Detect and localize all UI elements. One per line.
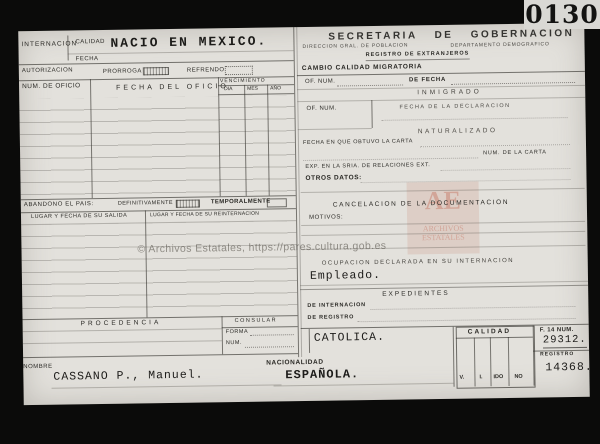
of-num-label: OF. NUM. bbox=[305, 79, 335, 85]
num-de-oficio-label: NUM. DE OFICIO bbox=[22, 83, 81, 90]
religion-value: CATOLICA. bbox=[314, 332, 385, 345]
divider bbox=[23, 340, 222, 344]
nombre-value: CASSANO P., Manuel. bbox=[53, 370, 203, 384]
of-num-blank-line bbox=[337, 84, 403, 87]
num-carta-blank-line bbox=[303, 156, 478, 161]
divider bbox=[68, 50, 294, 54]
num-label: NUM. bbox=[226, 341, 242, 347]
fecha-declaracion-label: FECHA DE LA DECLARACION bbox=[399, 104, 510, 111]
temporalmente-checkbox bbox=[267, 198, 287, 207]
divider bbox=[222, 316, 224, 354]
f14-num-label: F. 14 NUM. bbox=[540, 327, 574, 334]
f14-num-value: 29312. bbox=[543, 335, 587, 348]
of-num-2-label: OF. NUM. bbox=[306, 106, 336, 112]
divider bbox=[297, 97, 585, 102]
calidad-col-ido: IDO bbox=[493, 375, 503, 381]
divider bbox=[19, 60, 294, 65]
fecha-obtuvo-carta-label: FECHA EN QUE OBTUVO LA CARTA bbox=[303, 139, 413, 146]
divider bbox=[274, 383, 454, 387]
fecha-del-oficio-label: FECHA DEL OFICIO bbox=[116, 83, 229, 92]
temporalmente-label: TEMPORALMENTE bbox=[211, 198, 271, 205]
definitivamente-checkbox bbox=[176, 200, 200, 208]
de-fecha-label: DE FECHA bbox=[409, 77, 446, 84]
de-internacion-blank-line bbox=[370, 305, 575, 310]
calidad-box-label: CALIDAD bbox=[468, 329, 511, 336]
autorizacion-label: AUTORIZACION bbox=[22, 67, 73, 74]
divider bbox=[371, 100, 372, 128]
inmigrado-section-label: INMIGRADO bbox=[417, 89, 482, 96]
expedientes-section-label: EXPEDIENTES bbox=[382, 291, 450, 299]
de-internacion-label: DE INTERNACION bbox=[307, 303, 366, 309]
vencimiento-label: VENCIMIENTO bbox=[220, 79, 266, 85]
registro-extranjeros-subtitle: REGISTRO DE EXTRANJEROS bbox=[366, 52, 470, 61]
lugar-reinternacion-label: LUGAR Y FECHA DE SU REINTERNACION bbox=[150, 212, 259, 219]
ano-column-label: AÑO bbox=[270, 86, 281, 91]
dia-column-label: DIA bbox=[224, 87, 232, 92]
mes-column-label: MES bbox=[247, 87, 258, 92]
consular-label: CONSULAR bbox=[235, 318, 278, 324]
fecha-declaracion-blank-line bbox=[382, 116, 568, 121]
exp-sria-label: EXP. EN LA SRIA. DE RELACIONES EXT. bbox=[305, 163, 430, 170]
nacionalidad-label: NACIONALIDAD bbox=[266, 360, 323, 367]
archive-number: 0130 bbox=[525, 0, 599, 29]
ruled-area bbox=[21, 221, 297, 319]
prorroga-label: PRORROGA bbox=[103, 68, 142, 75]
nacionalidad-value: ESPAÑOLA. bbox=[285, 368, 359, 381]
calidad-value: NACIO EN MEXICO. bbox=[110, 35, 267, 50]
carta-blank-line bbox=[420, 143, 570, 147]
direccion-subtitle: DIRECCION GRAL. DE POBLACION bbox=[302, 43, 408, 50]
ocupacion-section-label: OCUPACION DECLARADA EN SU INTERNACION bbox=[322, 258, 514, 267]
registro-label: REGISTRO bbox=[540, 352, 574, 358]
naturalizado-section-label: NATURALIZADO bbox=[418, 128, 498, 136]
departamento-subtitle: DEPARTAMENTO DEMOGRAFICO bbox=[450, 42, 549, 48]
divider bbox=[309, 329, 310, 353]
divider bbox=[67, 35, 68, 60]
num-carta-label: NUM. DE LA CARTA bbox=[483, 150, 547, 156]
divider bbox=[23, 353, 298, 358]
lugar-salida-label: LUGAR Y FECHA DE SU SALIDA bbox=[31, 214, 127, 221]
fecha-label: FECHA bbox=[76, 56, 99, 62]
abandono-el-pais-label: ABANDONO EL PAIS: bbox=[24, 201, 94, 208]
calidad-col-v: V. bbox=[459, 376, 464, 382]
internacion-label: INTERNACION bbox=[21, 41, 77, 48]
forma-label: FORMA bbox=[226, 330, 248, 336]
archive-number-stamp: 0130 bbox=[524, 0, 600, 29]
divider bbox=[23, 328, 222, 332]
archivos-estatales-logo-watermark: AE ARCHIVOS ESTATALES bbox=[407, 181, 480, 254]
prorroga-checkbox bbox=[143, 67, 169, 75]
registro-value: 14368. bbox=[545, 362, 593, 374]
motivos-label: MOTIVOS: bbox=[309, 214, 343, 221]
ruled-area bbox=[19, 95, 295, 199]
calidad-col-no: NO bbox=[514, 375, 522, 381]
registry-card-paper: AE ARCHIVOS ESTATALES © Archivos Estatal… bbox=[18, 23, 589, 405]
divider bbox=[453, 327, 455, 387]
refrendo-label: REFRENDO bbox=[187, 67, 225, 74]
cancelacion-section-label: CANCELACION DE LA DOCUMENTACION bbox=[333, 200, 509, 209]
photographed-registry-card: AE ARCHIVOS ESTATALES © Archivos Estatal… bbox=[0, 0, 600, 444]
de-registro-blank-line bbox=[358, 317, 576, 322]
divider bbox=[52, 384, 282, 388]
num-blank-line bbox=[245, 345, 294, 348]
refrendo-checkbox bbox=[225, 66, 253, 75]
de-fecha-blank-line bbox=[451, 81, 575, 85]
exp-blank-line bbox=[440, 167, 570, 171]
cambio-calidad-label: CAMBIO CALIDAD MIGRATORIA bbox=[302, 64, 423, 72]
otros-datos-label: OTROS DATOS: bbox=[305, 175, 362, 182]
procedencia-label: PROCEDENCIA bbox=[81, 320, 162, 328]
ocupacion-value: Empleado. bbox=[310, 270, 381, 283]
divider bbox=[298, 128, 372, 130]
de-registro-label: DE REGISTRO bbox=[308, 315, 355, 321]
definitivamente-label: DEFINITIVAMENTE bbox=[118, 201, 173, 207]
forma-blank-line bbox=[250, 333, 294, 336]
divider bbox=[222, 326, 298, 328]
nombre-label: NOMBRE bbox=[23, 364, 52, 370]
calidad-col-i: I. bbox=[479, 375, 482, 381]
calidad-label: CALIDAD bbox=[75, 39, 105, 45]
